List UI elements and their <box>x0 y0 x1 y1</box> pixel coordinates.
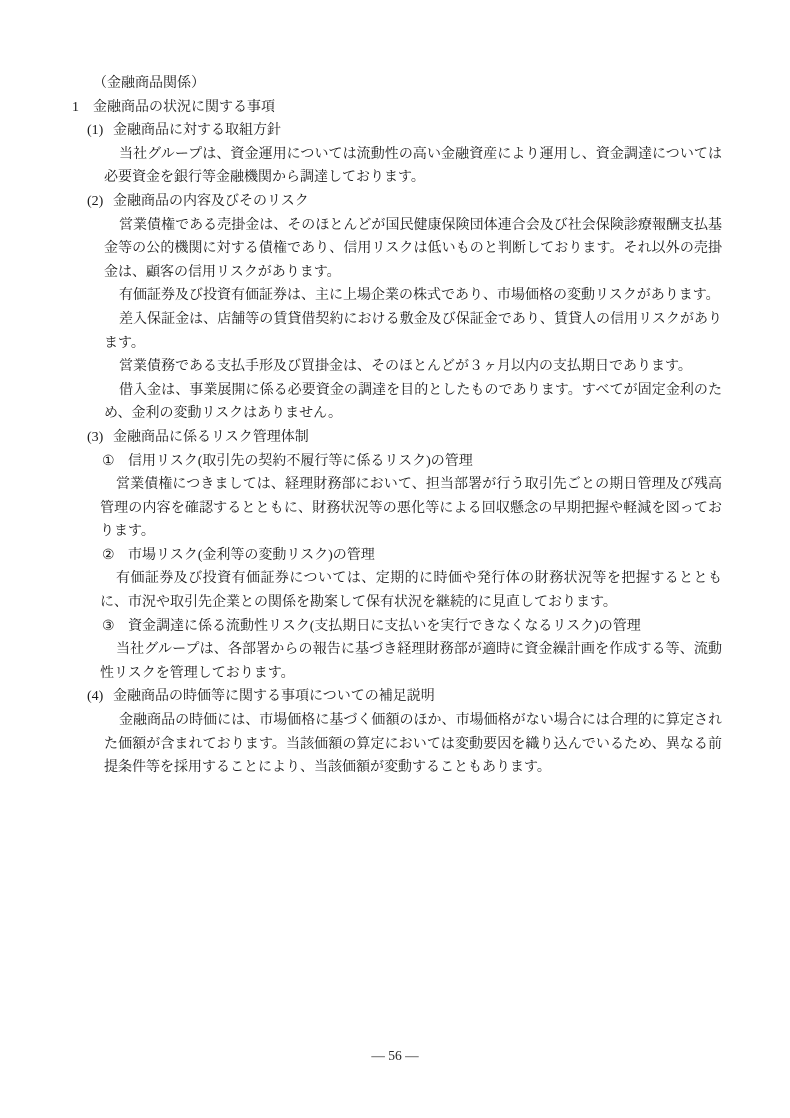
item-1-heading-row: (1) 金融商品に対する取組方針 <box>87 119 722 143</box>
subitem-3-marker: ③ <box>102 615 128 639</box>
item-1-marker: (1) <box>87 119 113 143</box>
subitem-1-heading: 信用リスク(取引先の契約不履行等に係るリスク)の管理 <box>128 450 722 474</box>
item-3-marker: (3) <box>87 426 113 450</box>
item-2-paragraph-5: 借入金は、事業展開に係る必要資金の調達を目的としたものであります。すべてが固定金… <box>104 379 722 426</box>
subitem-2-heading: 市場リスク(金利等の変動リスク)の管理 <box>128 544 722 568</box>
subitem-2-marker: ② <box>102 544 128 568</box>
subitem-2: ② 市場リスク(金利等の変動リスク)の管理 有価証券及び投資有価証券については、… <box>72 544 722 615</box>
item-2-heading-row: (2) 金融商品の内容及びそのリスク <box>87 190 722 214</box>
item-4-heading: 金融商品の時価等に関する事項についての補足説明 <box>113 685 722 709</box>
item-1: (1) 金融商品に対する取組方針 当社グループは、資金運用については流動性の高い… <box>72 119 722 190</box>
item-2-marker: (2) <box>87 190 113 214</box>
item-2-heading: 金融商品の内容及びそのリスク <box>113 190 722 214</box>
document-content: （金融商品関係） 1 金融商品の状況に関する事項 (1) 金融商品に対する取組方… <box>72 72 722 780</box>
item-2: (2) 金融商品の内容及びそのリスク 営業債権である売掛金は、そのほとんどが国民… <box>72 190 722 426</box>
item-2-paragraph-4: 営業債務である支払手形及び買掛金は、そのほとんどが３ヶ月以内の支払期日であります… <box>104 355 722 379</box>
subitem-1-marker: ① <box>102 450 128 474</box>
subitem-2-paragraph: 有価証券及び投資有価証券については、定期的に時価や発行体の財務状況等を把握すると… <box>100 567 722 614</box>
subitem-1-heading-row: ① 信用リスク(取引先の契約不履行等に係るリスク)の管理 <box>102 450 722 474</box>
item-4-paragraph: 金融商品の時価には、市場価格に基づく価額のほか、市場価格がない場合には合理的に算… <box>104 709 722 780</box>
subitem-2-heading-row: ② 市場リスク(金利等の変動リスク)の管理 <box>102 544 722 568</box>
item-3-heading-row: (3) 金融商品に係るリスク管理体制 <box>87 426 722 450</box>
section-title: 金融商品の状況に関する事項 <box>93 96 722 120</box>
item-3-heading: 金融商品に係るリスク管理体制 <box>113 426 722 450</box>
subitem-1-paragraph: 営業債権につきましては、経理財務部において、担当部署が行う取引先ごとの期日管理及… <box>100 473 722 544</box>
subitem-3-heading: 資金調達に係る流動性リスク(支払期日に支払いを実行できなくなるリスク)の管理 <box>128 615 722 639</box>
item-1-paragraph: 当社グループは、資金運用については流動性の高い金融資産により運用し、資金調達につ… <box>104 143 722 190</box>
item-4: (4) 金融商品の時価等に関する事項についての補足説明 金融商品の時価には、市場… <box>72 685 722 779</box>
item-2-paragraph-1: 営業債権である売掛金は、そのほとんどが国民健康保険団体連合会及び社会保険診療報酬… <box>104 214 722 285</box>
item-1-heading: 金融商品に対する取組方針 <box>113 119 722 143</box>
item-4-marker: (4) <box>87 685 113 709</box>
subitem-1: ① 信用リスク(取引先の契約不履行等に係るリスク)の管理 営業債権につきましては… <box>72 450 722 544</box>
document-page: （金融商品関係） 1 金融商品の状況に関する事項 (1) 金融商品に対する取組方… <box>0 0 790 1118</box>
page-footer: — 56 — <box>0 1048 790 1064</box>
item-3: (3) 金融商品に係るリスク管理体制 ① 信用リスク(取引先の契約不履行等に係る… <box>72 426 722 686</box>
section-heading: 1 金融商品の状況に関する事項 <box>72 96 722 120</box>
subitem-3-heading-row: ③ 資金調達に係る流動性リスク(支払期日に支払いを実行できなくなるリスク)の管理 <box>102 615 722 639</box>
subitem-3: ③ 資金調達に係る流動性リスク(支払期日に支払いを実行できなくなるリスク)の管理… <box>72 615 722 686</box>
page-number: — 56 — <box>371 1048 418 1063</box>
subitem-3-paragraph: 当社グループは、各部署からの報告に基づき経理財務部が適時に資金繰計画を作成する等… <box>100 638 722 685</box>
item-4-heading-row: (4) 金融商品の時価等に関する事項についての補足説明 <box>87 685 722 709</box>
note-label: （金融商品関係） <box>93 72 722 96</box>
item-2-paragraph-3: 差入保証金は、店舗等の賃貸借契約における敷金及び保証金であり、賃貸人の信用リスク… <box>104 308 722 355</box>
item-2-paragraph-2: 有価証券及び投資有価証券は、主に上場企業の株式であり、市場価格の変動リスクがあり… <box>104 284 722 308</box>
section-number: 1 <box>72 96 93 120</box>
